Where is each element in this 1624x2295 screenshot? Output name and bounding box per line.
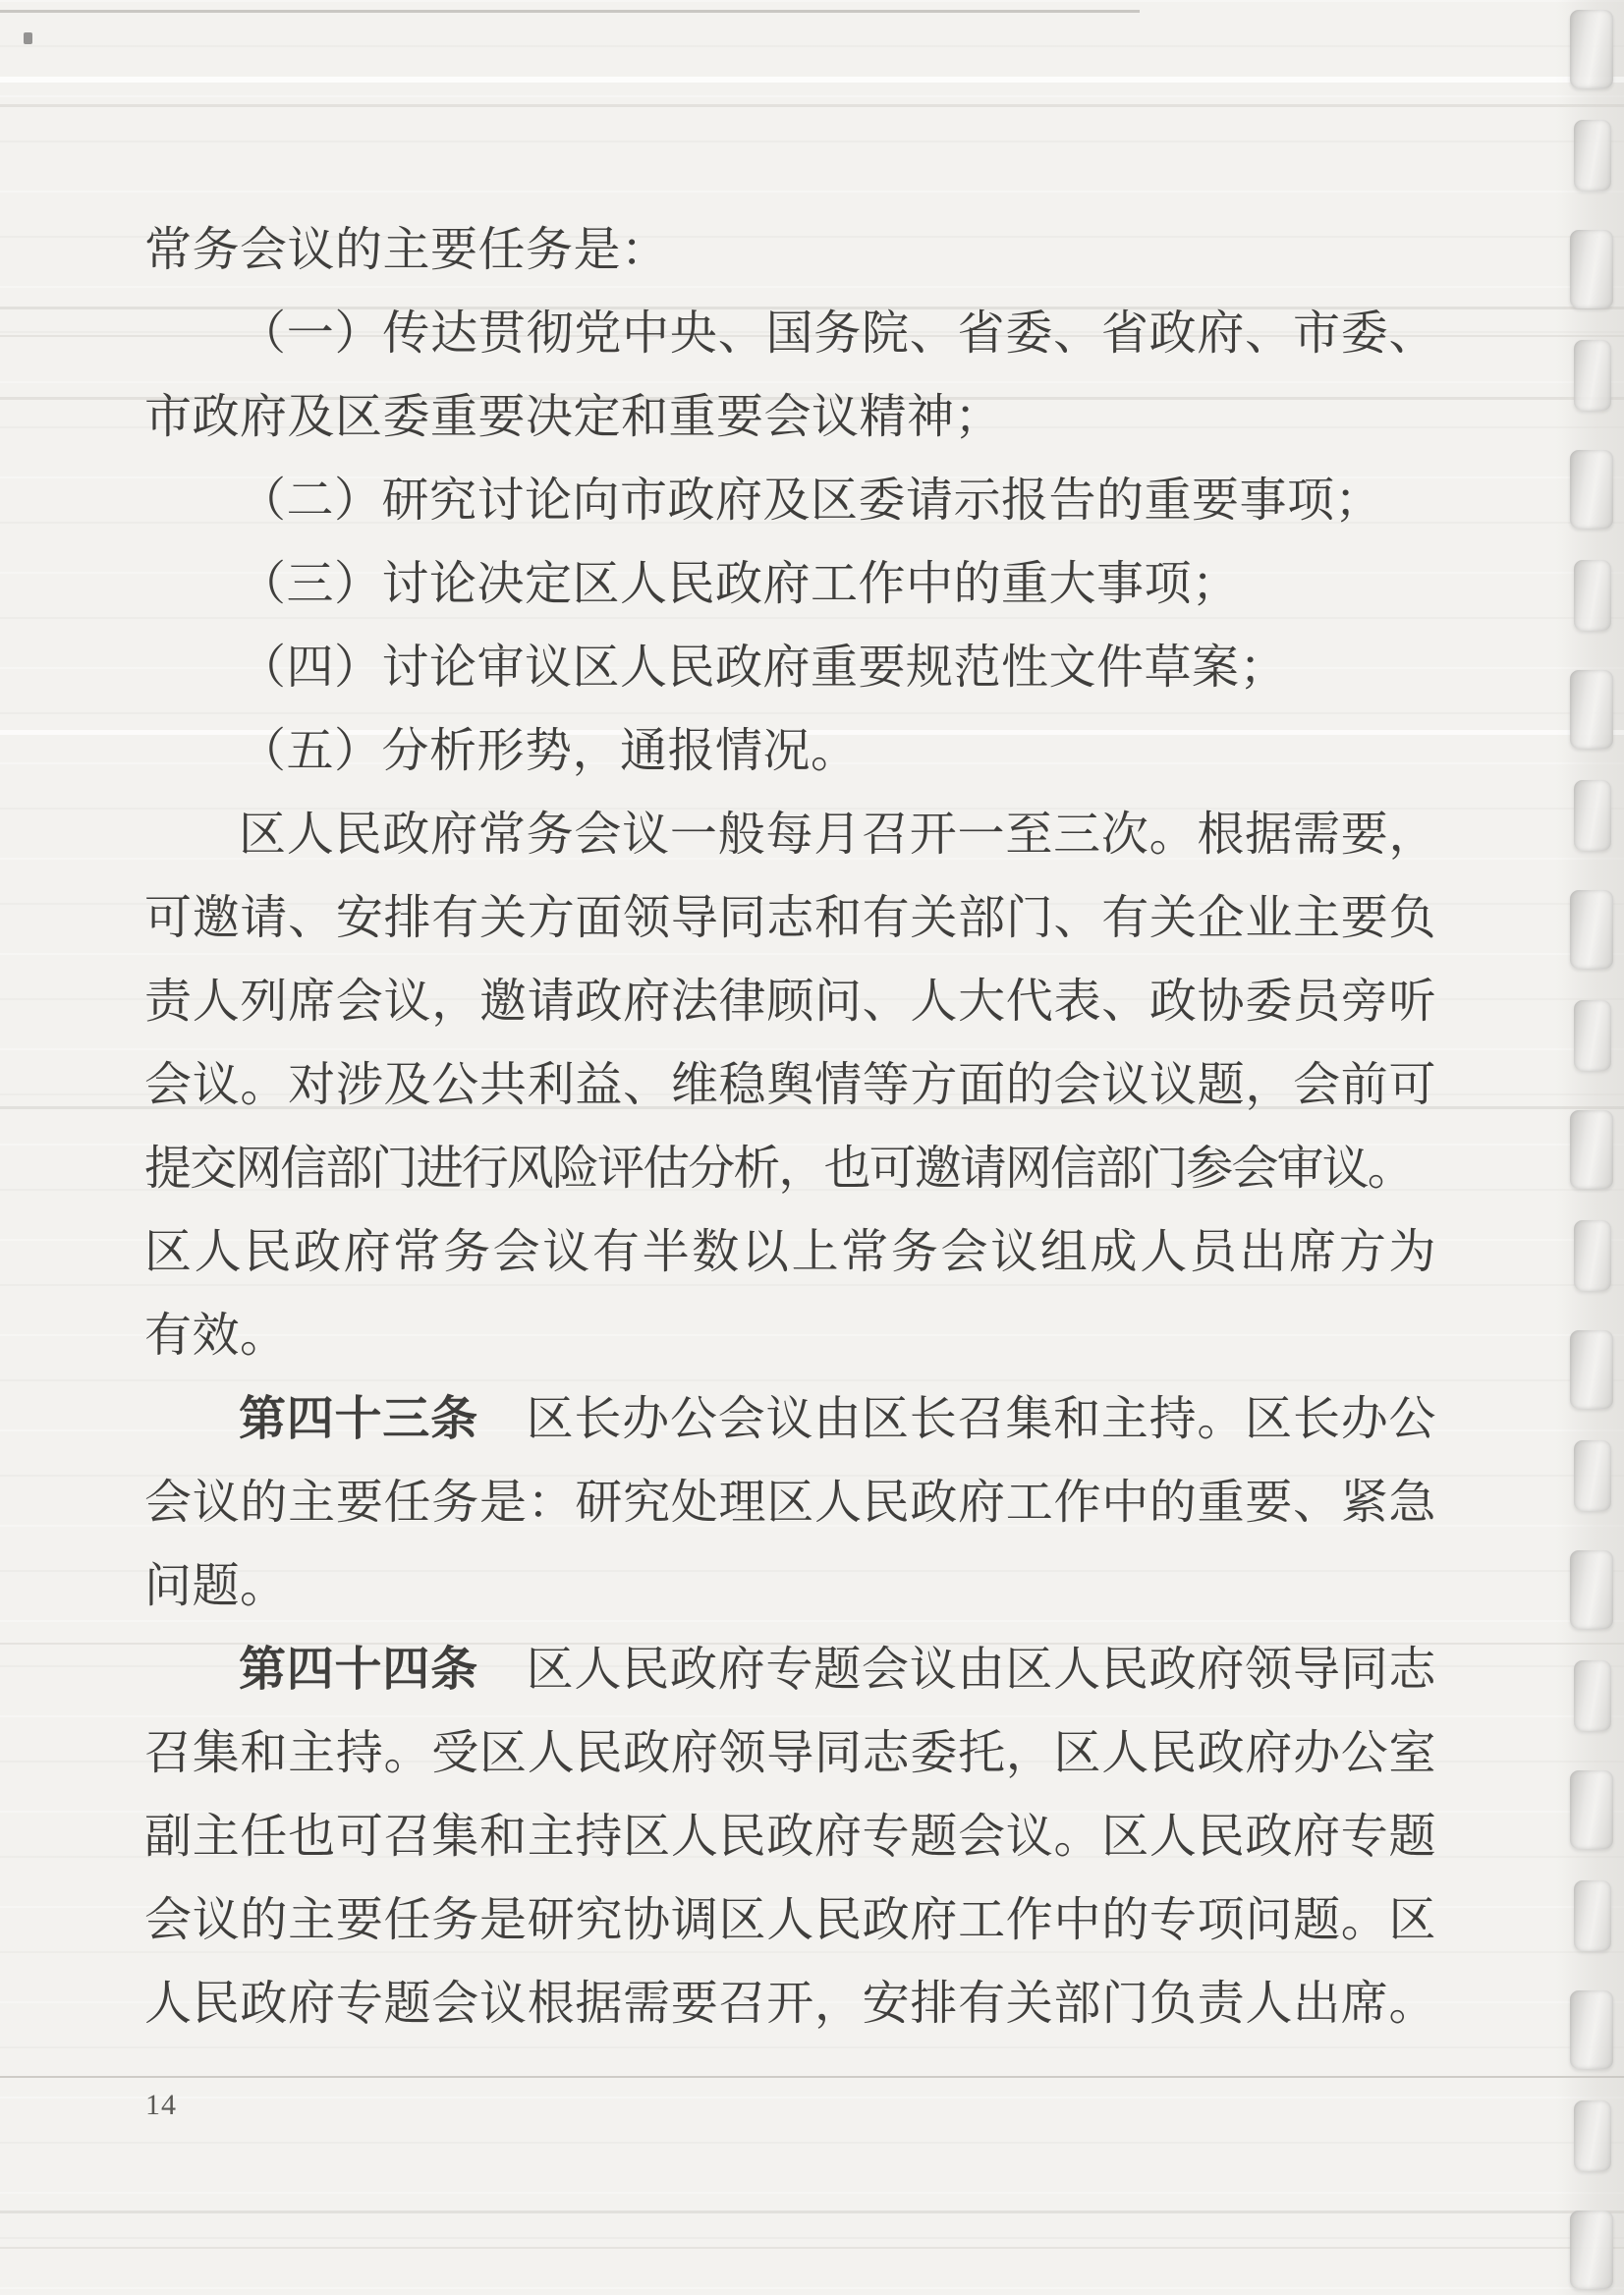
- binding-hole: [1574, 1000, 1611, 1071]
- binding-hole: [1574, 1220, 1611, 1291]
- text-line: （二）研究讨论向市政府及区委请示报告的重要事项；: [144, 459, 1436, 542]
- binding-hole: [1570, 1330, 1613, 1409]
- text-line: 人民政府专题会议根据需要召开，安排有关部门负责人出席。: [144, 1962, 1436, 2045]
- text-line: 会议的主要任务是研究协调区人民政府工作中的专项问题。区: [144, 1878, 1436, 1962]
- scan-speck: [24, 32, 32, 44]
- binding-hole: [1570, 1550, 1613, 1629]
- text-line: 区人民政府常务会议有半数以上常务会议组成人员出席方为: [144, 1210, 1436, 1294]
- scan-artifact-line: [0, 104, 1624, 107]
- binding-hole: [1570, 1110, 1613, 1189]
- article-number: 第四十三条: [239, 1393, 478, 1445]
- text-line: 责人列席会议，邀请政府法律顾问、人大代表、政协委员旁听: [144, 960, 1436, 1043]
- binding-hole: [1574, 780, 1611, 851]
- binding-hole: [1574, 1660, 1611, 1731]
- text-line: （一）传达贯彻党中央、国务院、省委、省政府、市委、: [144, 292, 1436, 375]
- binding-hole: [1570, 1990, 1613, 2069]
- text-line: 召集和主持。受区人民政府领导同志委托，区人民政府办公室: [144, 1711, 1436, 1795]
- scan-artifact-line: [0, 10, 1140, 13]
- binding-hole: [1570, 670, 1613, 749]
- document-text: 常务会议的主要任务是： （一）传达贯彻党中央、国务院、省委、省政府、市委、 市政…: [144, 208, 1436, 2045]
- text-line article-heading: 第四十三条 区长办公会议由区长召集和主持。区长办公: [144, 1377, 1436, 1461]
- text-line: （五）分析形势，通报情况。: [144, 709, 1436, 793]
- text-line: 可邀请、安排有关方面领导同志和有关部门、有关企业主要负: [144, 876, 1436, 960]
- binding-hole: [1574, 120, 1611, 191]
- text-line: 市政府及区委重要决定和重要会议精神；: [144, 375, 1436, 459]
- binding-hole: [1574, 1440, 1611, 1511]
- binding-hole: [1570, 230, 1613, 308]
- scan-artifact-line: [0, 2211, 1624, 2213]
- binding-hole: [1574, 1880, 1611, 1951]
- text-line: （三）讨论决定区人民政府工作中的重大事项；: [144, 542, 1436, 626]
- text-line: 有效。: [144, 1294, 1436, 1377]
- scan-artifact-line: [0, 2247, 1624, 2249]
- binding-hole: [1570, 890, 1613, 969]
- binding-hole: [1574, 340, 1611, 411]
- binding-hole: [1570, 2211, 1613, 2289]
- text-line: 提交网信部门进行风险评估分析，也可邀请网信部门参会审议。: [144, 1127, 1436, 1210]
- binding-hole: [1570, 450, 1613, 529]
- binding-hole: [1570, 1770, 1613, 1849]
- text-line: 区人民政府常务会议一般每月召开一至三次。根据需要，: [144, 793, 1436, 876]
- text-line: 常务会议的主要任务是：: [144, 208, 1436, 292]
- text-line: 副主任也可召集和主持区人民政府专题会议。区人民政府专题: [144, 1795, 1436, 1878]
- article-text: 区长办公会议由区长召集和主持。区长办公: [478, 1393, 1436, 1445]
- footer-rule: [0, 2076, 1624, 2078]
- scanned-document-page: 常务会议的主要任务是： （一）传达贯彻党中央、国务院、省委、省政府、市委、 市政…: [0, 0, 1624, 2295]
- article-number: 第四十四条: [239, 1644, 478, 1696]
- article-text: 区人民政府专题会议由区人民政府领导同志: [478, 1644, 1436, 1696]
- text-line: （四）讨论审议区人民政府重要规范性文件草案；: [144, 626, 1436, 709]
- binding-hole: [1574, 560, 1611, 631]
- scan-artifact-line: [0, 77, 1624, 83]
- text-line article-heading: 第四十四条 区人民政府专题会议由区人民政府领导同志: [144, 1628, 1436, 1711]
- page-number: 14: [145, 2089, 177, 2122]
- text-line: 问题。: [144, 1544, 1436, 1628]
- text-line: 会议。对涉及公共利益、维稳舆情等方面的会议议题，会前可: [144, 1043, 1436, 1127]
- binding-hole: [1570, 10, 1613, 88]
- binding-hole: [1574, 2100, 1611, 2171]
- text-line: 会议的主要任务是：研究处理区人民政府工作中的重要、紧急: [144, 1461, 1436, 1544]
